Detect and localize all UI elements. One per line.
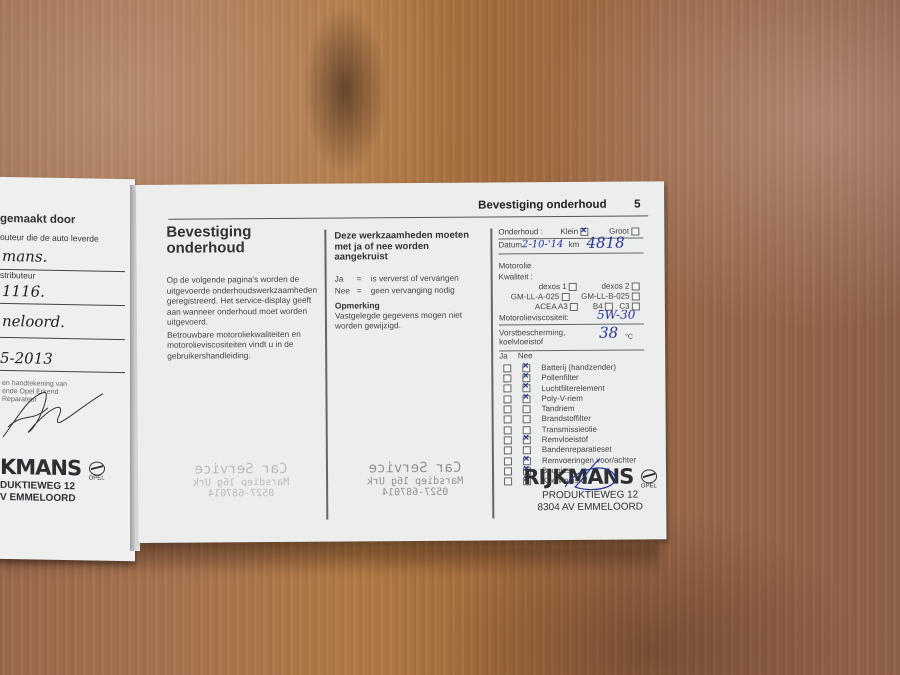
checkbox-ja[interactable] xyxy=(504,426,512,434)
stamp-address: V EMMELOORD xyxy=(0,492,105,506)
stamp-address: 8304 AV EMMELOORD xyxy=(520,501,660,514)
column-divider xyxy=(324,230,328,520)
checkbox-nee[interactable] xyxy=(523,405,531,413)
checklist-item-label: Pollenfilter xyxy=(541,373,578,382)
label-distributeur: stributeur xyxy=(0,270,35,281)
checkbox-ja[interactable] xyxy=(503,395,511,403)
rule xyxy=(0,303,125,306)
rule xyxy=(0,337,125,340)
checkbox-nee[interactable] xyxy=(522,395,530,403)
signature-scribble xyxy=(560,457,620,497)
checklist-item-label: Poly-V-riem xyxy=(541,394,582,403)
checkbox-groot[interactable] xyxy=(631,227,639,235)
checkbox-ja[interactable] xyxy=(504,416,512,424)
ghost-stamp: Car Service Marsdiep 16g Urk 0527-687014 xyxy=(350,460,480,499)
checklist-item-label: Remvloeistof xyxy=(542,435,588,444)
handwritten-city: neloord. xyxy=(2,312,65,331)
date-value: 2-10-'14 xyxy=(522,239,563,250)
dealer-stamp: RIJKMANS OPEL PRODUKTIEWEG 12 8304 AV EM… xyxy=(520,464,660,514)
checkbox-nee[interactable] xyxy=(523,416,531,424)
checkbox-ja[interactable] xyxy=(504,447,512,455)
checklist-item-label: Tandriem xyxy=(542,404,575,413)
checkbox-ja[interactable] xyxy=(504,436,512,444)
intro-paragraph: Betrouwbare motoroliekwaliteiten en moto… xyxy=(167,328,322,361)
instructions-heading: Deze werkzaamheden moeten met ja of nee … xyxy=(334,231,484,264)
left-subtitle: outeur die de auto leverde xyxy=(0,232,99,244)
section-title: onderhoud xyxy=(166,240,321,257)
checklist-item-label: Transmissieolie xyxy=(542,425,597,434)
intro-column: Bevestiging onderhoud Op de volgende pag… xyxy=(166,224,322,363)
note-text: Vastgelegde gegevens mogen niet worden g… xyxy=(335,309,485,330)
checkbox-dexos1[interactable] xyxy=(569,283,577,291)
rule xyxy=(0,370,125,373)
header-rule xyxy=(168,215,648,219)
instructions-column: Deze werkzaamheden moeten met ja of nee … xyxy=(334,231,485,331)
antifreeze-row: Vorstbescherming, koelvloeistof 38 °C xyxy=(499,324,644,351)
checklist-item-label: Bandenreparatieset xyxy=(542,445,612,454)
checkbox-nee[interactable] xyxy=(523,436,531,444)
checkbox-ja[interactable] xyxy=(504,405,512,413)
checkbox-ja[interactable] xyxy=(504,457,512,465)
section-title: Bevestiging xyxy=(166,224,321,241)
dealer-stamp-left: KMANS OPEL DUKTIEWEG 12 V EMMELOORD xyxy=(0,455,105,506)
ghost-stamp-offset: Car Service Marsdiep 16g Urk 0527-687014 xyxy=(176,461,306,500)
handwritten-dealer: mans. xyxy=(2,247,47,266)
checklist-item-label: Batterij (handzender) xyxy=(541,363,616,373)
left-heading: gemaakt door xyxy=(0,213,75,226)
opel-logo-icon: OPEL xyxy=(641,469,657,489)
checklist-item-label: Luchtfilterelement xyxy=(541,383,604,392)
checkbox-ja[interactable] xyxy=(503,385,511,393)
intro-paragraph: Op de volgende pagina's worden de uitgev… xyxy=(167,274,322,328)
maintenance-form: Onderhoud : Klein Groot Datum2-10-'14 km… xyxy=(498,225,645,487)
antifreeze-value: 38 xyxy=(599,329,618,338)
checkbox-ja[interactable] xyxy=(503,364,511,372)
checkbox-dexos2[interactable] xyxy=(632,282,640,290)
date-km-row: Datum2-10-'14 km 4818 xyxy=(498,238,643,254)
checklist-header: Ja Nee xyxy=(499,350,644,361)
handwritten-date: 5-2013 xyxy=(0,349,53,368)
stamp-brand: KMANS xyxy=(0,455,81,480)
viscosity-value: 5W-30 xyxy=(597,309,636,321)
motorolie-label: Motorolie xyxy=(499,259,644,272)
column-divider xyxy=(490,229,494,519)
checkbox-gm-ll-b-025[interactable] xyxy=(632,292,640,300)
signature-scribble xyxy=(0,377,108,449)
checkbox-acea-a3[interactable] xyxy=(570,303,578,311)
handwritten-number: 1116. xyxy=(2,282,45,301)
page-header-title: Bevestiging onderhoud xyxy=(478,199,607,212)
legend: Ja=is ververst of vervangen Nee=geen ver… xyxy=(335,271,485,296)
intro-text: Op de volgende pagina's worden de uitgev… xyxy=(167,274,323,361)
km-value: 4818 xyxy=(586,237,624,249)
left-page: gemaakt door outeur die de auto leverde … xyxy=(0,177,135,562)
page-number: 5 xyxy=(634,198,640,210)
viscosity-row: Motorolieviscositeit: 5W-30 xyxy=(499,311,644,325)
opel-logo-icon: OPEL xyxy=(89,461,105,481)
checkbox-ja[interactable] xyxy=(503,375,511,383)
checkbox-ja[interactable] xyxy=(504,467,512,475)
checkbox-ja[interactable] xyxy=(504,478,512,486)
checkbox-gm-ll-a-025[interactable] xyxy=(561,293,569,301)
checklist-item-label: Brandstoffilter xyxy=(542,414,591,423)
right-page: Bevestiging onderhoud 5 Bevestiging onde… xyxy=(136,181,666,543)
